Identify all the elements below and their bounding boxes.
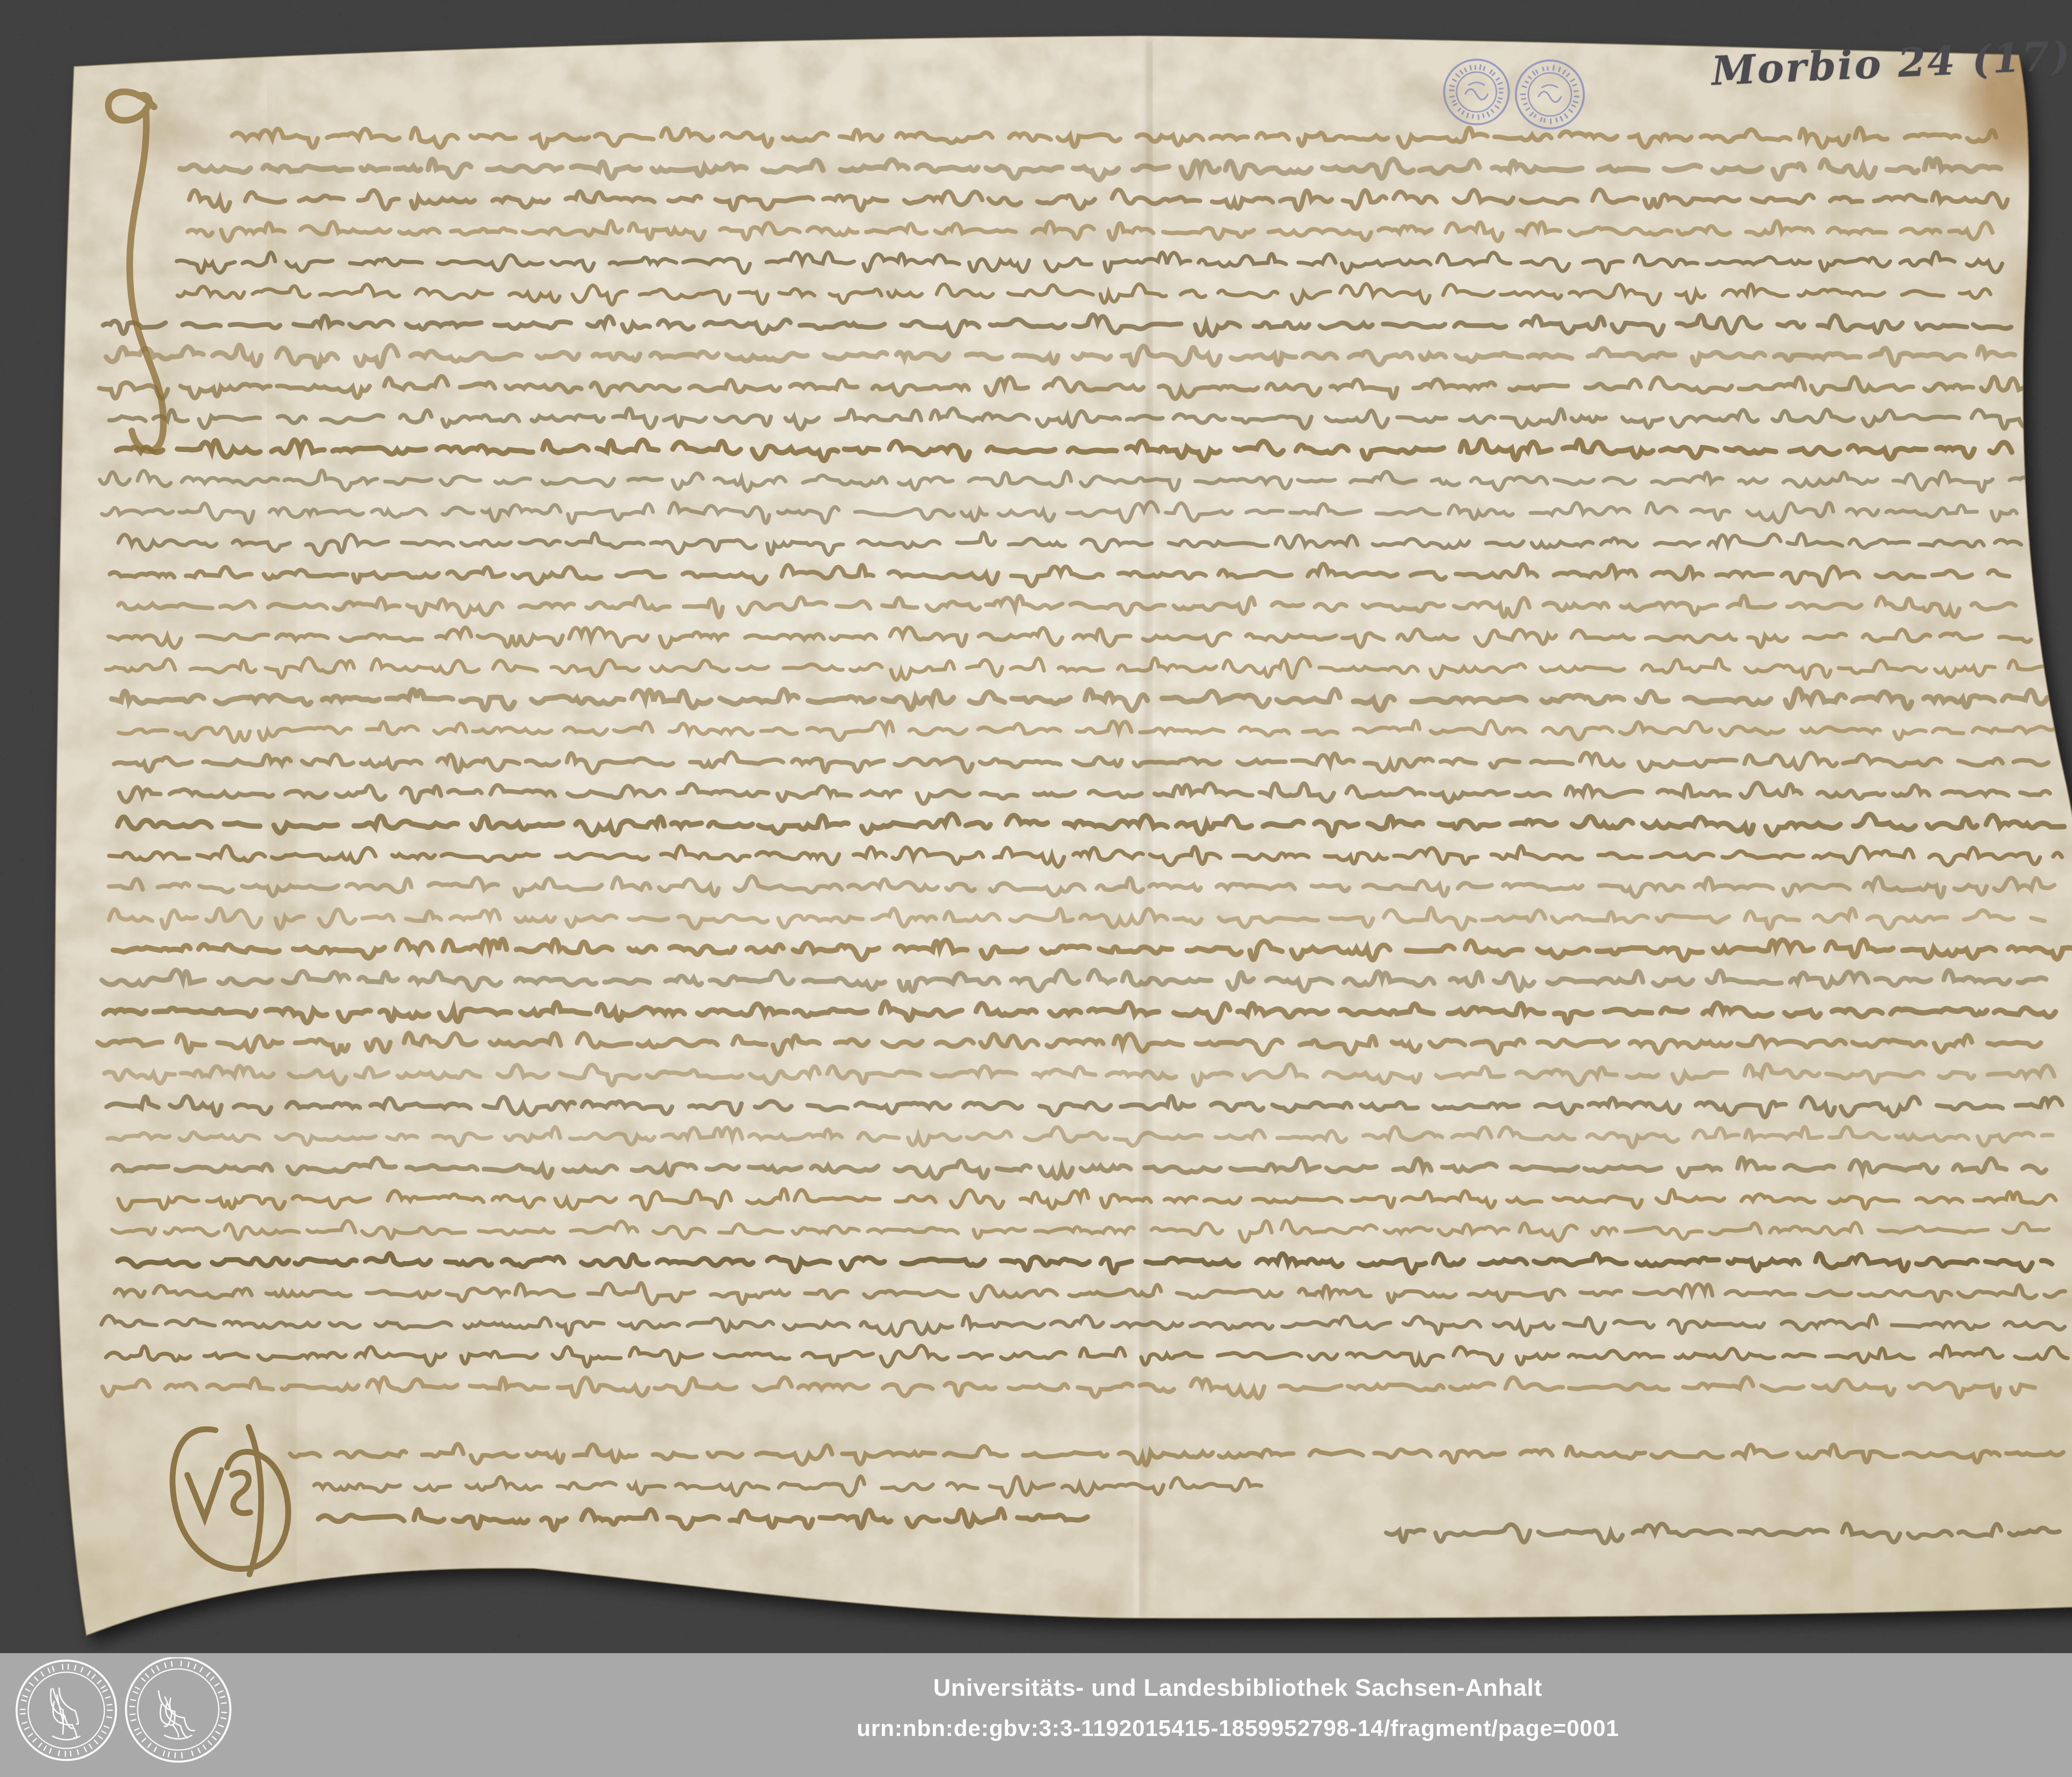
photo-stage [0,0,2072,1777]
urn-identifier: urn:nbn:de:gbv:3:3-1192015415-1859952798… [0,1715,2072,1741]
library-name: Universitäts- und Landesbibliothek Sachs… [0,1674,2072,1702]
footer-bar: Universitäts- und Landesbibliothek Sachs… [0,1653,2072,1777]
footer-text-block: Universitäts- und Landesbibliothek Sachs… [0,1674,2072,1741]
parchment-sheet [55,33,2072,1636]
digitized-manuscript-page: Morbio 24 (17) x·rite color checker CLAS… [0,0,2072,1777]
